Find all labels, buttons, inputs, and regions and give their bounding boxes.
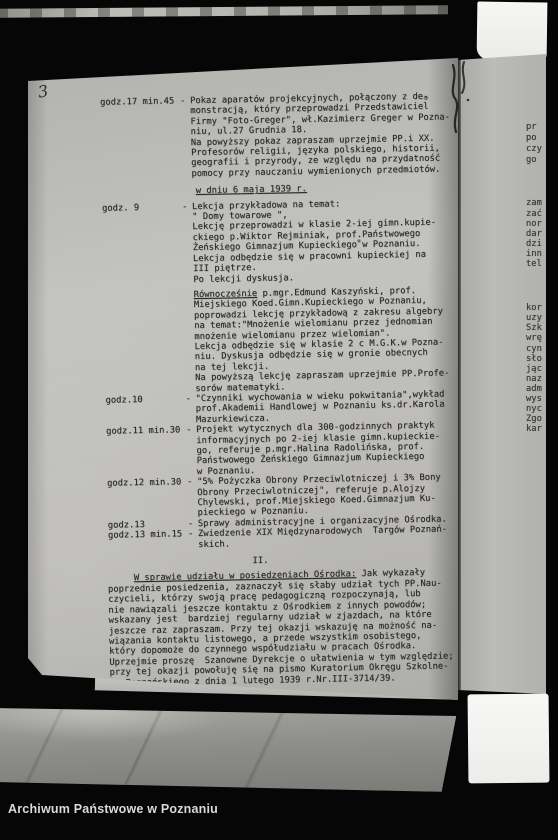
dash-separator: - bbox=[187, 477, 197, 488]
dash-separator: - bbox=[188, 529, 198, 540]
ink-mark bbox=[444, 60, 474, 138]
schedule-text: Projekt wytycznych dla 300-godzinnych pr… bbox=[196, 420, 479, 477]
schedule-text: "5% Pożyczka Obrony Przeciwlotniczej i 3… bbox=[197, 472, 480, 519]
schedule-time: godz.11 min.30 bbox=[106, 425, 186, 437]
schedule-time: godz.12 min.30 bbox=[107, 477, 187, 489]
dash-separator: - bbox=[185, 394, 195, 405]
adjacent-page-edge: prpoczygozamzaćnordardziinntelkoruzySzkw… bbox=[458, 54, 546, 694]
section-numeral: II. bbox=[252, 552, 466, 566]
schedule-entry: godz.11 min.30 - Projekt wytycznych dla … bbox=[34, 420, 465, 480]
schedule-time: godz. 9 bbox=[102, 202, 182, 214]
note-text: Miejskiego Koed.Gimn.Kupieckiego w Pozna… bbox=[194, 295, 478, 394]
schedule-time: godz.10 bbox=[105, 394, 185, 406]
section-2-paragraph: W sprawie udziału w posiedzeniach Ośrodk… bbox=[108, 568, 466, 689]
date-heading: w dniu 6 maja 1939 r. bbox=[196, 181, 460, 196]
schedule-text: Pokaz aparatów projekcyjnych, połączony … bbox=[190, 91, 473, 179]
scan-bottom-surface bbox=[0, 706, 456, 792]
schedule-text: "Czynniki wychowania w wieku pokwitania"… bbox=[195, 389, 478, 425]
document-page: 3 godz.17 min.45 - Pokaz aparatów projek… bbox=[28, 58, 458, 700]
paper-scrap-bottom-right bbox=[468, 694, 550, 784]
dash-separator: - bbox=[188, 519, 198, 530]
schedule-entry: godz.17 min.45 - Pokaz aparatów projekcy… bbox=[28, 91, 459, 182]
scanned-document-photo: prpoczygozamzaćnordardziinntelkoruzySzkw… bbox=[0, 0, 558, 840]
dash-separator: - bbox=[182, 202, 192, 213]
paragraph-lead-rest: Jak wykazały bbox=[356, 568, 425, 579]
schedule-text: Lekcja przykładowa na temat:" Domy towar… bbox=[192, 197, 475, 285]
dash-separator: - bbox=[180, 96, 190, 107]
schedule-entry: godz. 9 - Lekcja przykładowa na temat:" … bbox=[30, 197, 461, 288]
schedule-time: godz.13 min.15 bbox=[108, 529, 188, 541]
paper-scrap-top-right bbox=[477, 2, 548, 61]
simultaneous-lesson-note: Równocześnie p.mgr.Edmund Kaszyński, pro… bbox=[194, 285, 478, 394]
scan-top-edge bbox=[0, 5, 448, 18]
schedule-time: godz.17 min.45 bbox=[100, 96, 180, 108]
typed-content: godz.17 min.45 - Pokaz aparatów projekcy… bbox=[28, 91, 469, 690]
archive-watermark: Archiwum Państwowe w Poznaniu bbox=[8, 802, 218, 816]
paragraph-text: poprzednie posiedzenia, zaznaczył się sł… bbox=[108, 578, 466, 689]
schedule-text: Zwiedzenie XIX Międzynarodowych Targów P… bbox=[198, 524, 480, 550]
dash-separator: - bbox=[186, 425, 196, 436]
